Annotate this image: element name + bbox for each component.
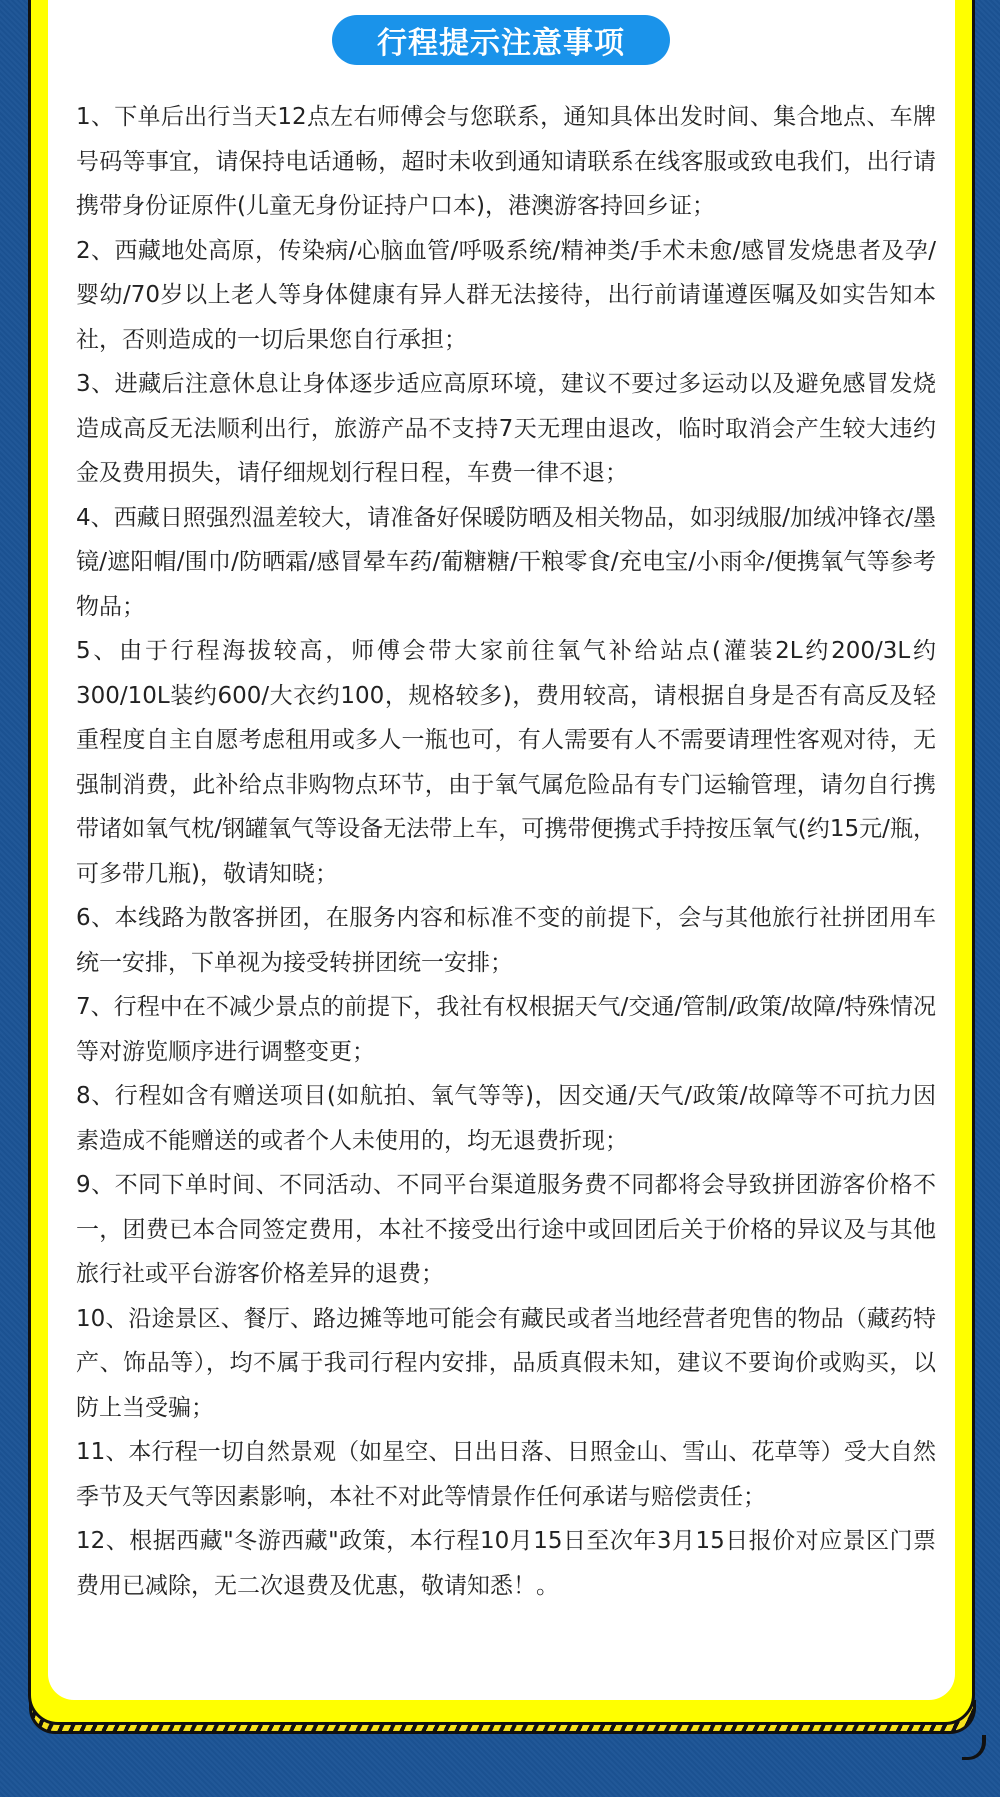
note-item-12: 12、根据西藏"冬游西藏"政策，本行程10月15日至次年3月15日报价对应景区门…	[76, 1519, 936, 1608]
section-title-badge: 行程提示注意事项	[332, 15, 670, 65]
note-item-7: 7、行程中在不减少景点的前提下，我社有权根据天气/交通/管制/政策/故障/特殊情…	[76, 985, 936, 1074]
note-item-2: 2、西藏地处高原，传染病/心脑血管/呼吸系统/精神类/手术未愈/感冒发烧患者及孕…	[76, 229, 936, 363]
note-item-9: 9、不同下单时间、不同活动、不同平台渠道服务费不同都将会导致拼团游客价格不一，团…	[76, 1163, 936, 1297]
note-item-5: 5、由于行程海拔较高，师傅会带大家前往氧气补给站点(灌装2L约200/3L约30…	[76, 629, 936, 896]
note-item-1: 1、下单后出行当天12点左右师傅会与您联系，通知具体出发时间、集合地点、车牌号码…	[76, 95, 936, 229]
section-title: 行程提示注意事项	[377, 18, 625, 62]
note-item-10: 10、沿途景区、餐厅、路边摊等地可能会有藏民或者当地经营者兜售的物品（藏药特产、…	[76, 1297, 936, 1431]
notes-list: 1、下单后出行当天12点左右师傅会与您联系，通知具体出发时间、集合地点、车牌号码…	[76, 95, 936, 1608]
note-item-6: 6、本线路为散客拼团，在服务内容和标准不变的前提下，会与其他旅行社拼团用车统一安…	[76, 896, 936, 985]
note-item-11: 11、本行程一切自然景观（如星空、日出日落、日照金山、雪山、花草等）受大自然季节…	[76, 1430, 936, 1519]
note-item-4: 4、西藏日照强烈温差较大，请准备好保暖防晒及相关物品，如羽绒服/加绒冲锋衣/墨镜…	[76, 496, 936, 630]
note-item-3: 3、进藏后注意休息让身体逐步适应高原环境，建议不要过多运动以及避免感冒发烧造成高…	[76, 362, 936, 496]
note-item-8: 8、行程如含有赠送项目(如航拍、氧气等等)，因交通/天气/政策/故障等不可抗力因…	[76, 1074, 936, 1163]
